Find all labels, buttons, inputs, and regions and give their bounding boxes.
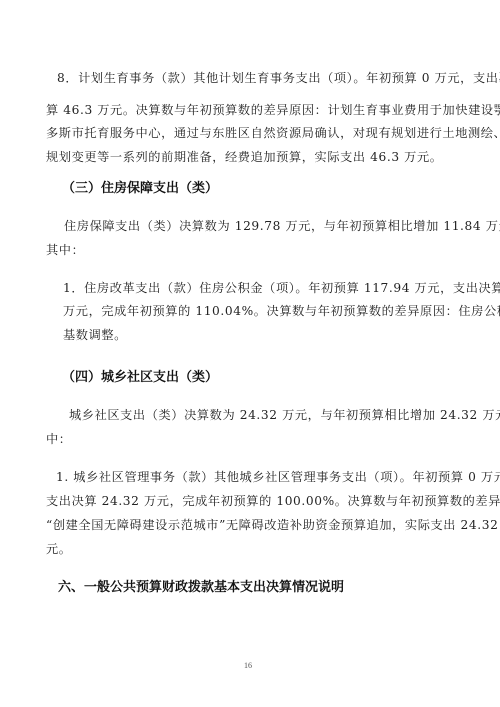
paragraph-line: 8．计划生育事务（款）其他计划生育事务支出（项）。年初预算 0 万元，支出决	[57, 71, 500, 85]
paragraph-line: 万元，完成年初预算的 110.04%。决算数与年初预算数的差异原因：住房公积金	[63, 304, 500, 318]
paragraph-line: 元。	[46, 542, 72, 556]
paragraph-line: 住房保障支出（类）决算数为 129.78 万元，与年初预算相比增加 11.84 …	[64, 219, 500, 233]
paragraph-line: 1．住房改革支出（款）住房公积金（项）。年初预算 117.94 万元，支出决算 …	[63, 281, 500, 295]
paragraph-line: 城乡社区支出（类）决算数为 24.32 万元，与年初预算相比增加 24.32 万…	[69, 408, 500, 422]
paragraph-line: “创建全国无障碍建设示范城市”无障碍改造补助资金预算追加，实际支出 24.32 …	[46, 518, 500, 532]
paragraph-line: 其中：	[46, 243, 84, 257]
page-number: 16	[244, 661, 252, 670]
paragraph-line: 基数调整。	[63, 328, 127, 342]
paragraph-line: 多斯市托育服务中心，通过与东胜区自然资源局确认，对现有规划进行土地测绘、	[46, 126, 500, 140]
paragraph-line: 算 46.3 万元。决算数与年初预算数的差异原因：计划生育事业费用于加快建设鄂尔	[46, 103, 500, 117]
section-heading-urban-rural: （四）城乡社区支出（类）	[62, 370, 218, 385]
paragraph-line: 支出决算 24.32 万元，完成年初预算的 100.00%。决算数与年初预算数的…	[46, 494, 500, 508]
paragraph-line: 中：	[46, 432, 72, 446]
paragraph-line: 规划变更等一系列的前期准备，经费追加预算，实际支出 46.3 万元。	[46, 150, 443, 164]
paragraph-line: 1. 城乡社区管理事务（款）其他城乡社区管理事务支出（项）。年初预算 0 万元，	[56, 470, 500, 484]
section-heading-basic-expenditure: 六、一般公共预算财政拨款基本支出决算情况说明	[58, 580, 344, 595]
section-heading-housing: （三）住房保障支出（类）	[62, 181, 218, 196]
